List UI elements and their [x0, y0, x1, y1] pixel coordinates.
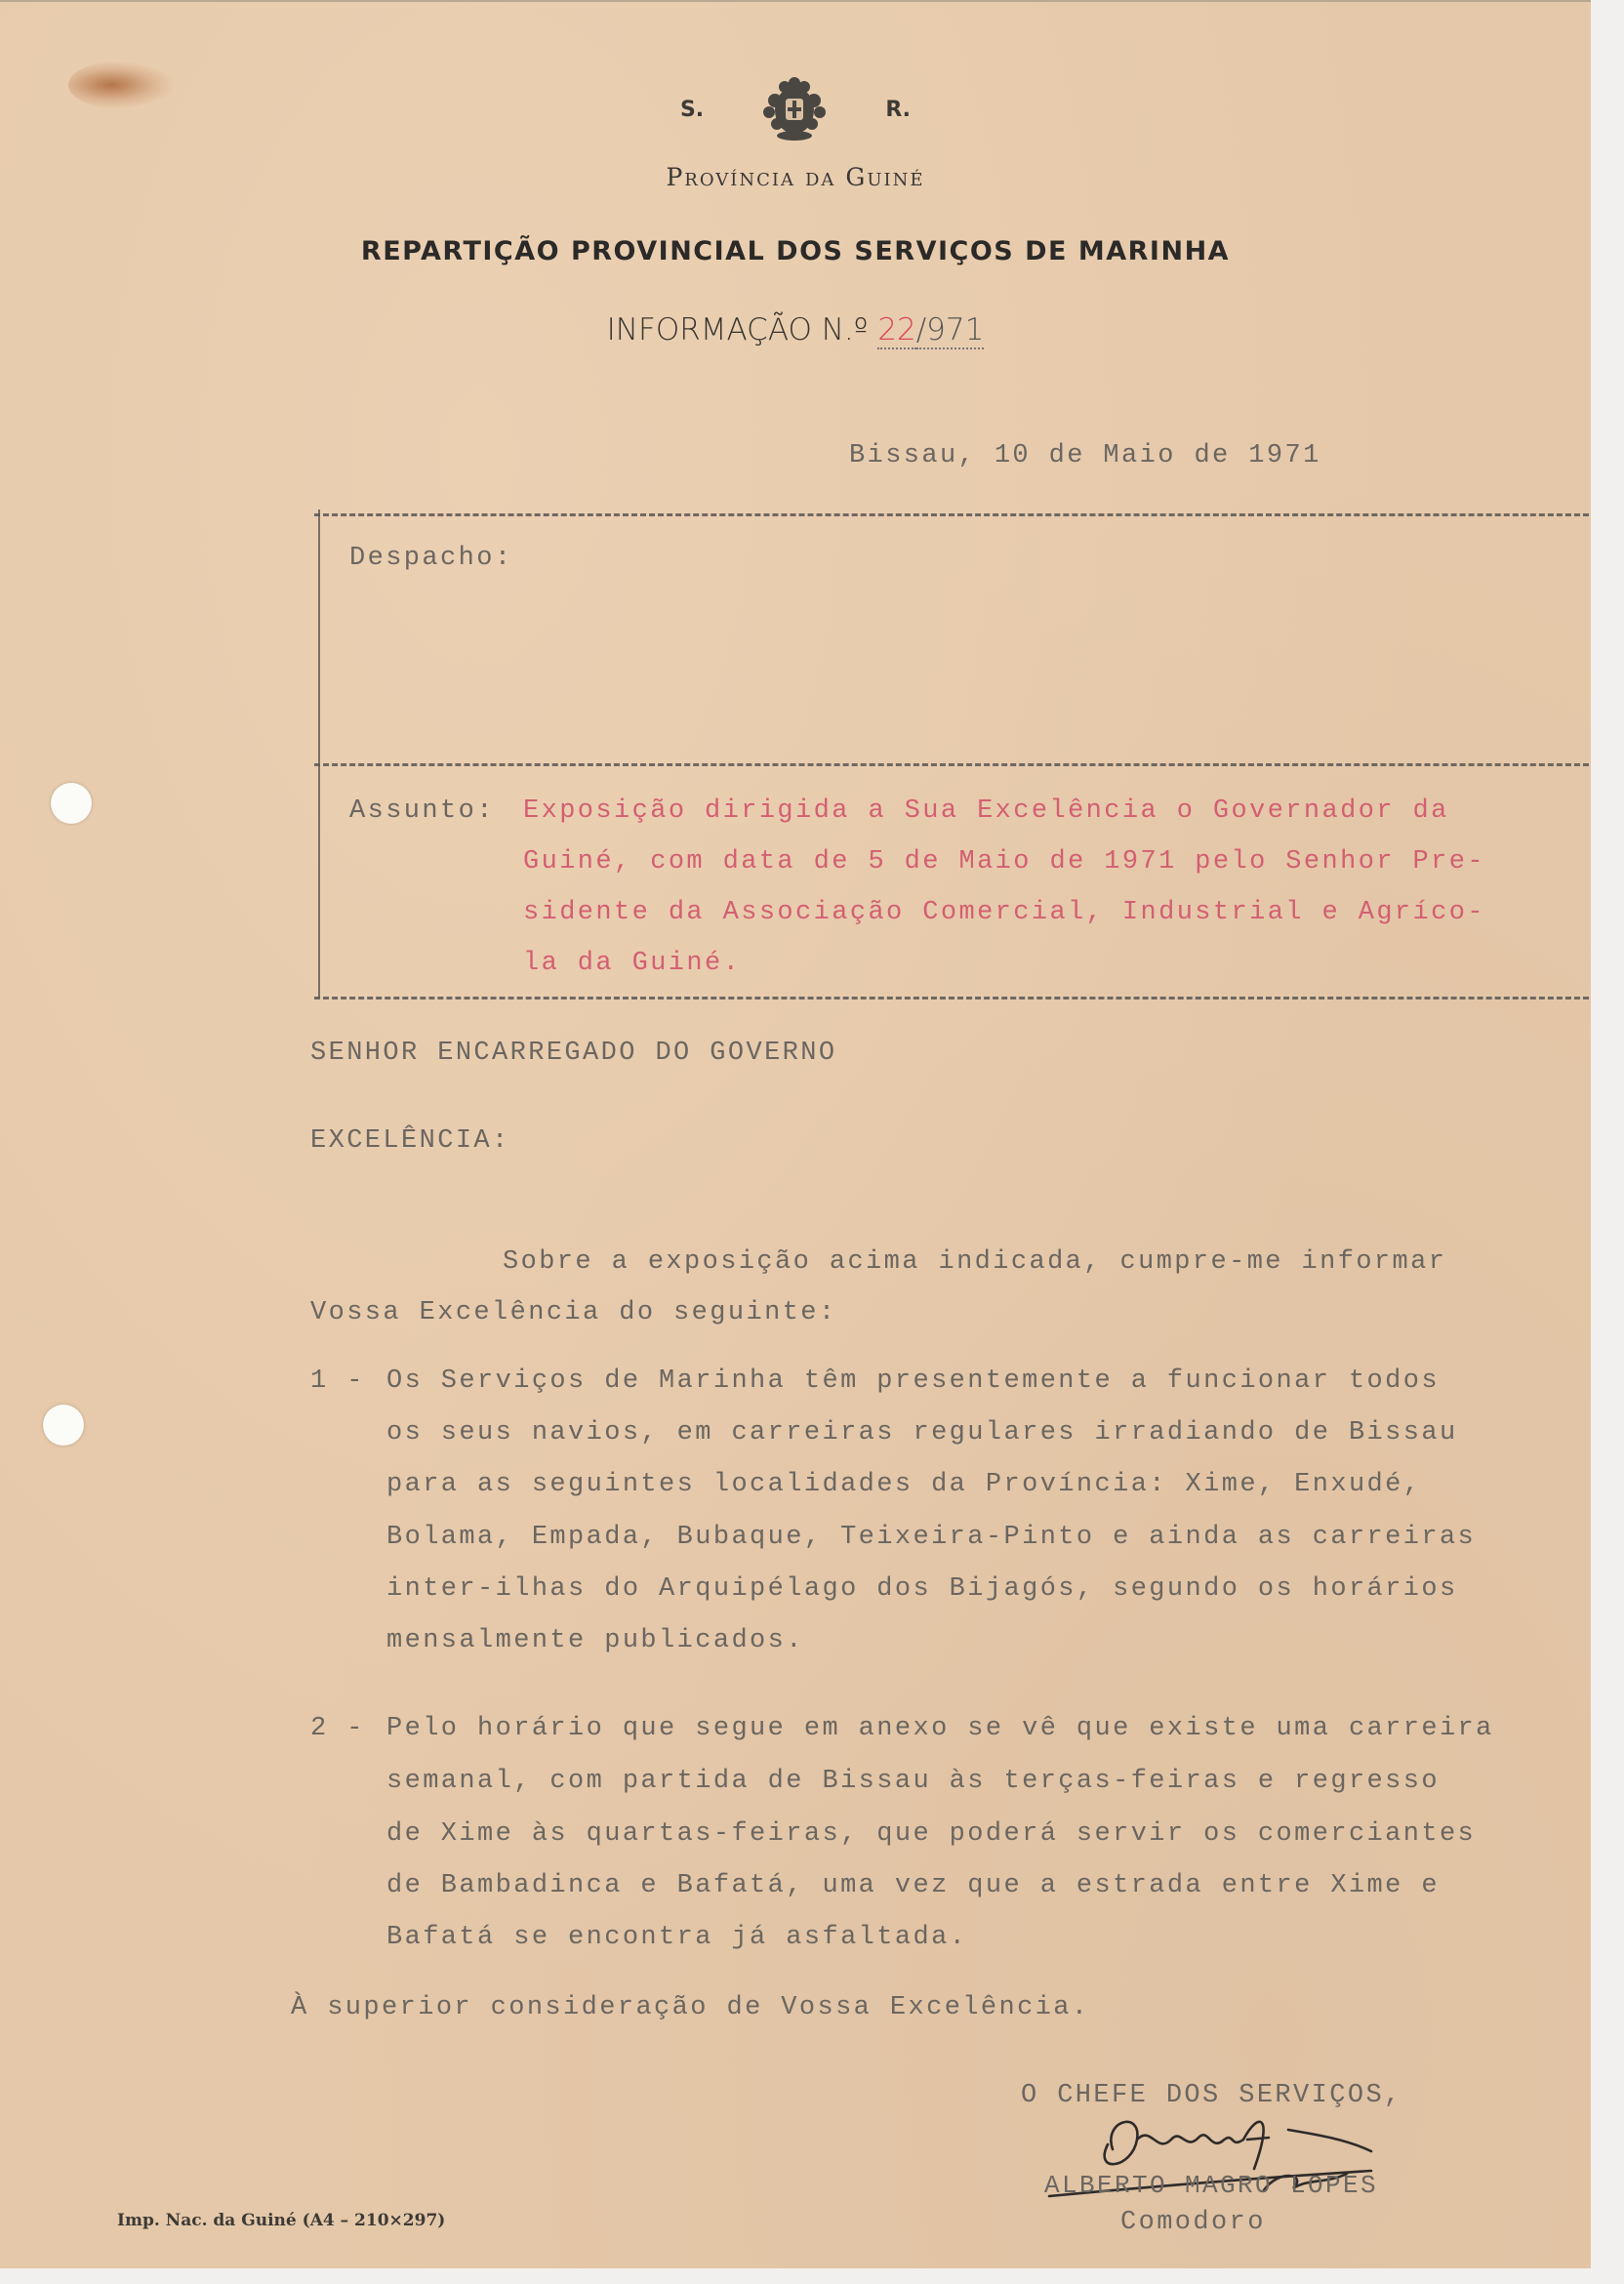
- initial-r: R.: [885, 98, 911, 122]
- despacho-label: Despacho:: [349, 544, 512, 573]
- signatory-rank: Comodoro: [1120, 2208, 1266, 2237]
- item-1-number: 1 -: [310, 1366, 365, 1396]
- assunto-line-2: Guiné, com data de 5 de Maio de 1971 pel…: [523, 847, 1485, 877]
- item-1-line-1: Os Serviços de Marinha têm presentemente…: [386, 1366, 1440, 1396]
- item-2-line-5: Bafatá se encontra já asfaltada.: [386, 1923, 967, 1952]
- document-page: S. R. Provínc: [0, 0, 1591, 2268]
- information-number: INFORMAÇÃO N.º 22/971: [0, 312, 1591, 347]
- info-number: 22: [877, 312, 915, 349]
- item-2-line-3: de Xime às quartas-feiras, que poderá se…: [386, 1819, 1476, 1849]
- item-1-line-2: os seus navios, em carreiras regulares i…: [386, 1418, 1458, 1448]
- coat-of-arms-icon: [755, 75, 833, 143]
- box-top-rule: [314, 513, 1589, 516]
- letterhead-crest-row: S. R.: [0, 75, 1591, 143]
- item-2-line-2: semanal, com partida de Bissau às terças…: [386, 1767, 1440, 1796]
- intro-line-1: Sobre a exposição acima indicada, cumpre…: [503, 1247, 1446, 1277]
- assunto-line-1: Exposição dirigida a Sua Excelência o Go…: [523, 796, 1449, 826]
- despacho-field: [349, 588, 1560, 744]
- addressee: SENHOR ENCARREGADO DO GOVERNO: [310, 1039, 836, 1068]
- box-bottom-rule: [314, 997, 1589, 999]
- printer-imprint: Imp. Nac. da Guiné (A4 – 210×297): [117, 2211, 445, 2230]
- place-date: Bissau, 10 de Maio de 1971: [849, 441, 1321, 470]
- department-name: REPARTIÇÃO PROVINCIAL DOS SERVIÇOS DE MA…: [0, 236, 1591, 266]
- assunto-label: Assunto:: [349, 796, 495, 826]
- item-1-line-4: Bolama, Empada, Bubaque, Teixeira-Pinto …: [386, 1523, 1476, 1552]
- handwritten-signature-icon: [1035, 2100, 1405, 2218]
- initial-s: S.: [680, 98, 704, 122]
- salutation: EXCELÊNCIA:: [310, 1126, 510, 1156]
- province-name: Província da Guiné: [0, 163, 1591, 191]
- item-2-line-1: Pelo horário que segue em anexo se vê qu…: [386, 1714, 1494, 1743]
- punch-hole-bottom: [43, 1405, 84, 1446]
- item-1-line-5: inter-ilhas do Arquipélago dos Bijagós, …: [386, 1574, 1458, 1604]
- box-middle-rule: [314, 763, 1589, 766]
- assunto-line-3: sidente da Associação Comercial, Industr…: [523, 898, 1485, 927]
- signatory-name: ALBERTO MAGRO LOPES: [1044, 2171, 1378, 2200]
- intro-line-2: Vossa Excelência do seguinte:: [310, 1298, 836, 1327]
- closing-line: À superior consideração de Vossa Excelên…: [291, 1993, 1090, 2022]
- item-1-line-6: mensalmente publicados.: [386, 1626, 804, 1655]
- item-2-number: 2 -: [310, 1714, 365, 1743]
- assunto-line-4: la da Guiné.: [523, 949, 741, 978]
- box-left-rule: [318, 510, 320, 998]
- punch-hole-top: [51, 783, 92, 824]
- item-1-line-3: para as seguintes localidades da Provínc…: [386, 1470, 1421, 1499]
- info-label: INFORMAÇÃO N.º: [607, 312, 869, 347]
- item-2-line-4: de Bambadinca e Bafatá, uma vez que a es…: [386, 1871, 1440, 1900]
- info-year: /971: [916, 312, 985, 349]
